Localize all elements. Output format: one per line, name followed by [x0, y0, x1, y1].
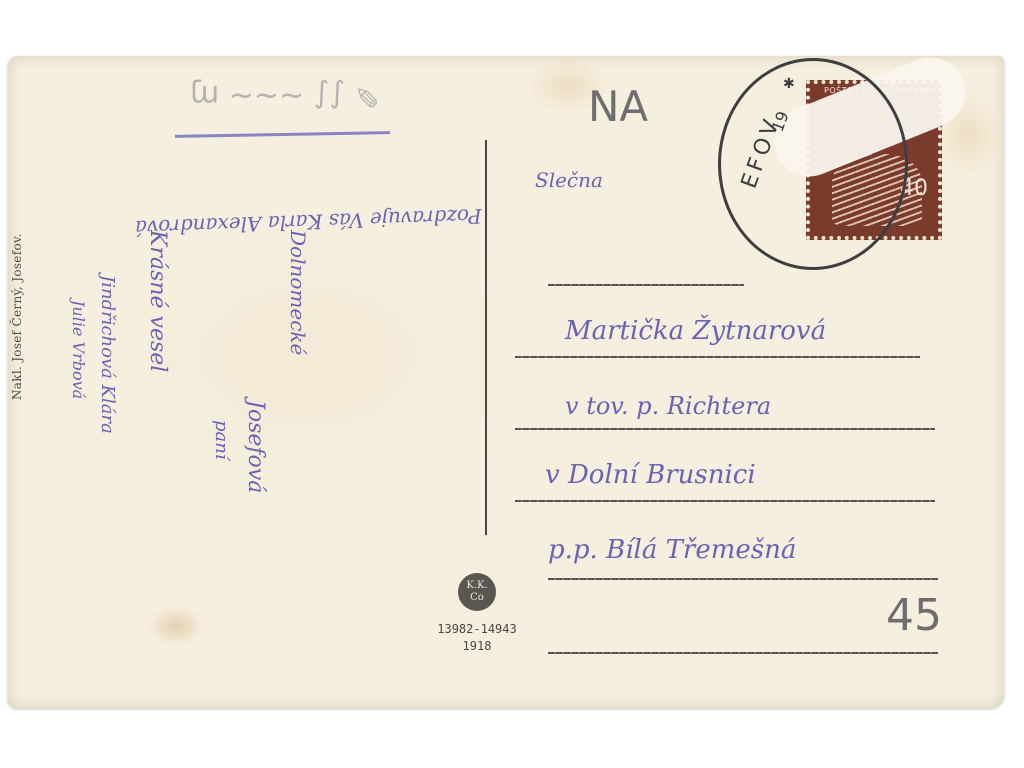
- salutation: Slečna: [535, 168, 603, 192]
- address-line-4: p.p. Bílá Třemešná: [548, 535, 796, 565]
- address-rule: [515, 356, 920, 358]
- publisher-logo-text: K.K. Co: [458, 580, 496, 604]
- pencil-scribble: ✎ ∫∫ ~~~ ɱ: [190, 78, 380, 113]
- print-code-block: 13982-14943 1918: [418, 621, 536, 655]
- publisher-imprint: Nakl. Josef Černý, Josefov.: [10, 233, 24, 400]
- address-rule: [548, 652, 938, 654]
- center-divider: [485, 140, 487, 535]
- address-rule: [515, 500, 935, 502]
- address-rule: [548, 578, 938, 580]
- address-rule: [515, 428, 935, 430]
- print-year: 1918: [418, 638, 536, 655]
- message-line: Dolnomecké: [286, 230, 310, 355]
- message-line: Jindřichová Klára: [97, 275, 118, 434]
- pencil-note-45: 45: [886, 590, 942, 641]
- address-line-1: Martička Žytnarová: [565, 316, 826, 346]
- address-line-2: v tov. p. Richtera: [565, 392, 771, 420]
- address-line-3: v Dolní Brusnici: [545, 460, 756, 490]
- postmark-star-icon: ✱: [783, 76, 795, 92]
- message-line: Krásné vesel: [145, 230, 170, 372]
- address-rule: [548, 284, 744, 286]
- message-line: paní: [211, 420, 232, 460]
- pencil-note-na: NA: [588, 82, 648, 131]
- message-line: Julie Vrbová: [69, 300, 88, 399]
- publisher-logo: K.K. Co: [458, 573, 496, 611]
- message-line: Josefová: [243, 400, 268, 493]
- print-code: 13982-14943: [418, 621, 536, 638]
